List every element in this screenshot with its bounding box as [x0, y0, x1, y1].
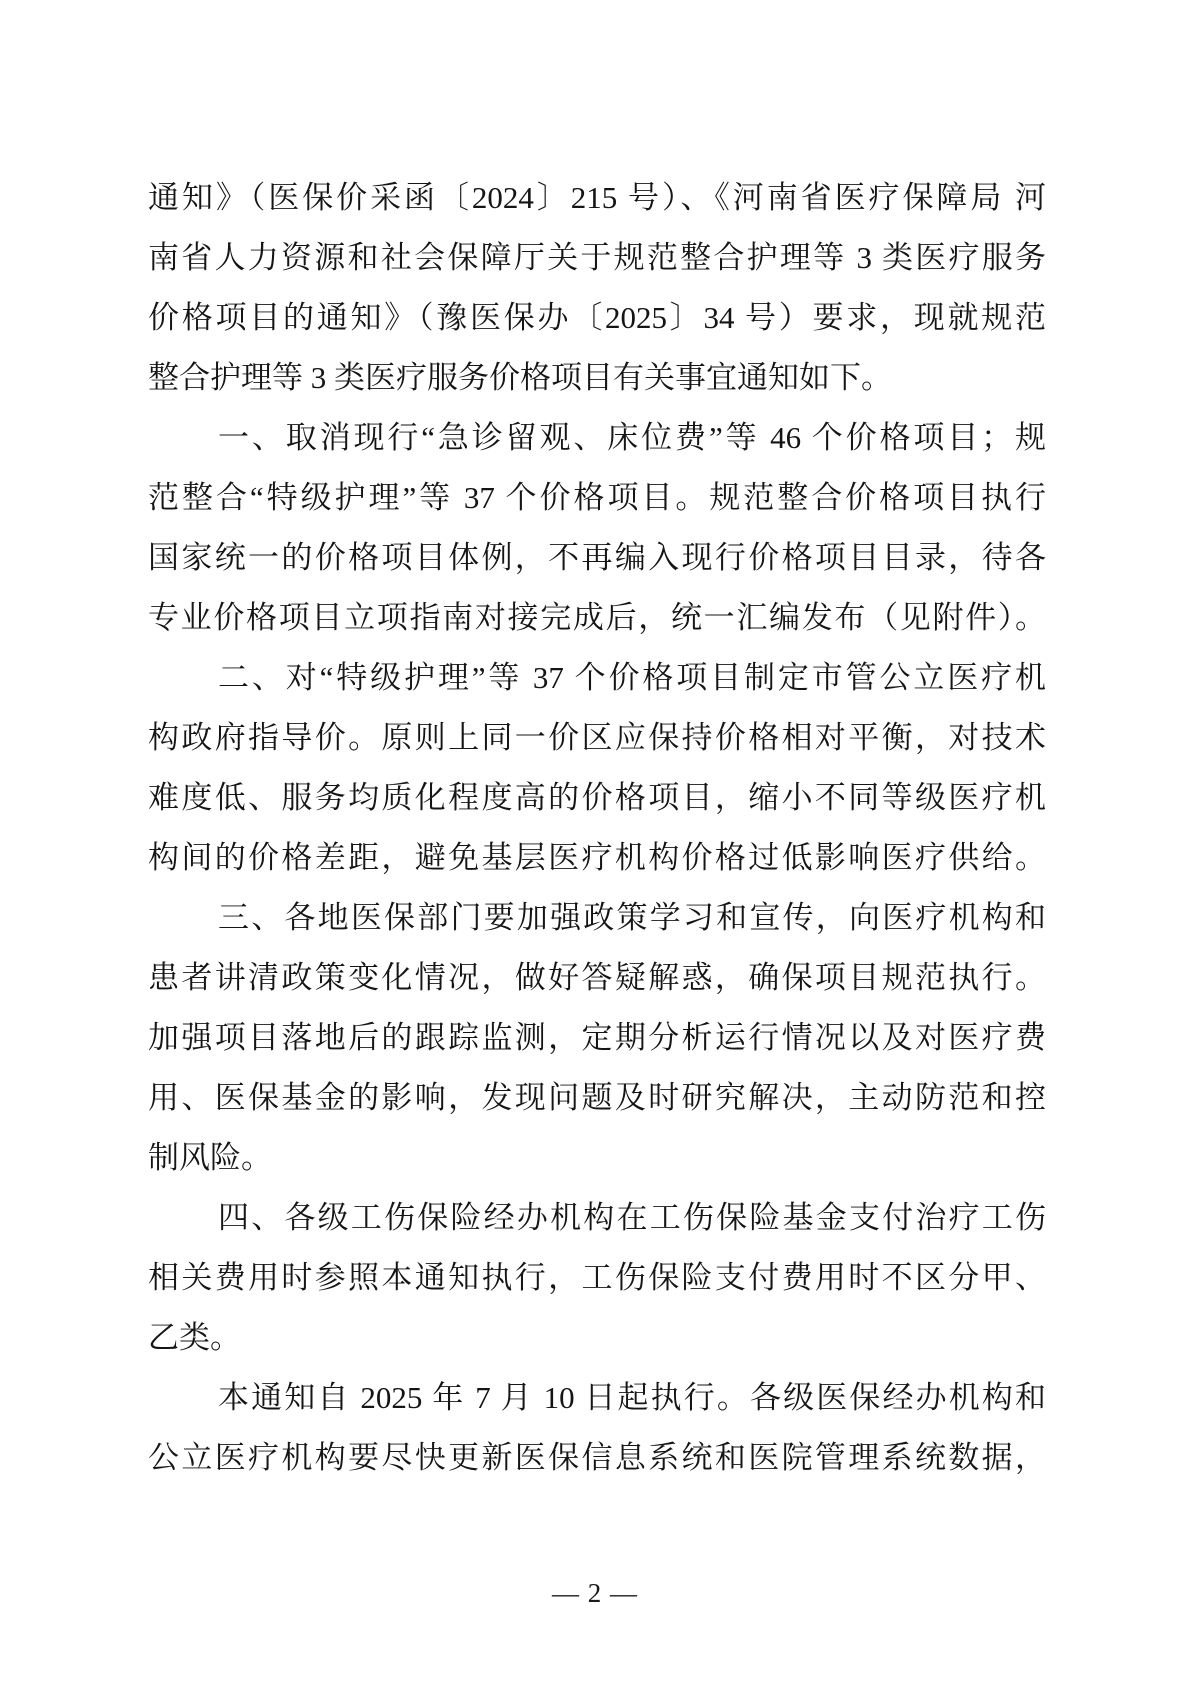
document-line: 一、取消现行“急诊留观、床位费”等 46 个价格项目；规: [148, 408, 1046, 468]
document-line: 通知》（医保价采函〔2024〕215 号）、《河南省医疗保障局 河: [148, 168, 1046, 228]
document-line: 范整合“特级护理”等 37 个价格项目。规范整合价格项目执行: [148, 468, 1046, 528]
document-line: 难度低、服务均质化程度高的价格项目，缩小不同等级医疗机: [148, 768, 1046, 828]
document-line: 构政府指导价。原则上同一价区应保持价格相对平衡，对技术: [148, 708, 1046, 768]
document-line: 制风险。: [148, 1128, 1046, 1188]
document-line: 加强项目落地后的跟踪监测，定期分析运行情况以及对医疗费: [148, 1008, 1046, 1068]
document-line: 本通知自 2025 年 7 月 10 日起执行。各级医保经办机构和: [148, 1368, 1046, 1428]
document-line: 四、各级工伤保险经办机构在工伤保险基金支付治疗工伤: [148, 1188, 1046, 1248]
document-line: 价格项目的通知》（豫医保办〔2025〕34 号）要求，现就规范: [148, 288, 1046, 348]
document-line: 整合护理等 3 类医疗服务价格项目有关事宜通知如下。: [148, 348, 1046, 408]
document-line: 用、医保基金的影响，发现问题及时研究解决，主动防范和控: [148, 1068, 1046, 1128]
page-number: — 2 —: [0, 1577, 1190, 1609]
document-line: 南省人力资源和社会保障厅关于规范整合护理等 3 类医疗服务: [148, 228, 1046, 288]
document-body: 通知》（医保价采函〔2024〕215 号）、《河南省医疗保障局 河南省人力资源和…: [148, 168, 1046, 1488]
document-page: 通知》（医保价采函〔2024〕215 号）、《河南省医疗保障局 河南省人力资源和…: [0, 0, 1190, 1683]
document-line: 国家统一的价格项目体例，不再编入现行价格项目目录，待各: [148, 528, 1046, 588]
document-line: 公立医疗机构要尽快更新医保信息系统和医院管理系统数据，: [148, 1428, 1046, 1488]
document-line: 患者讲清政策变化情况，做好答疑解惑，确保项目规范执行。: [148, 948, 1046, 1008]
document-line: 二、对“特级护理”等 37 个价格项目制定市管公立医疗机: [148, 648, 1046, 708]
document-line: 构间的价格差距，避免基层医疗机构价格过低影响医疗供给。: [148, 828, 1046, 888]
document-line: 乙类。: [148, 1308, 1046, 1368]
document-line: 专业价格项目立项指南对接完成后，统一汇编发布（见附件）。: [148, 588, 1046, 648]
document-line: 三、各地医保部门要加强政策学习和宣传，向医疗机构和: [148, 888, 1046, 948]
document-line: 相关费用时参照本通知执行，工伤保险支付费用时不区分甲、: [148, 1248, 1046, 1308]
